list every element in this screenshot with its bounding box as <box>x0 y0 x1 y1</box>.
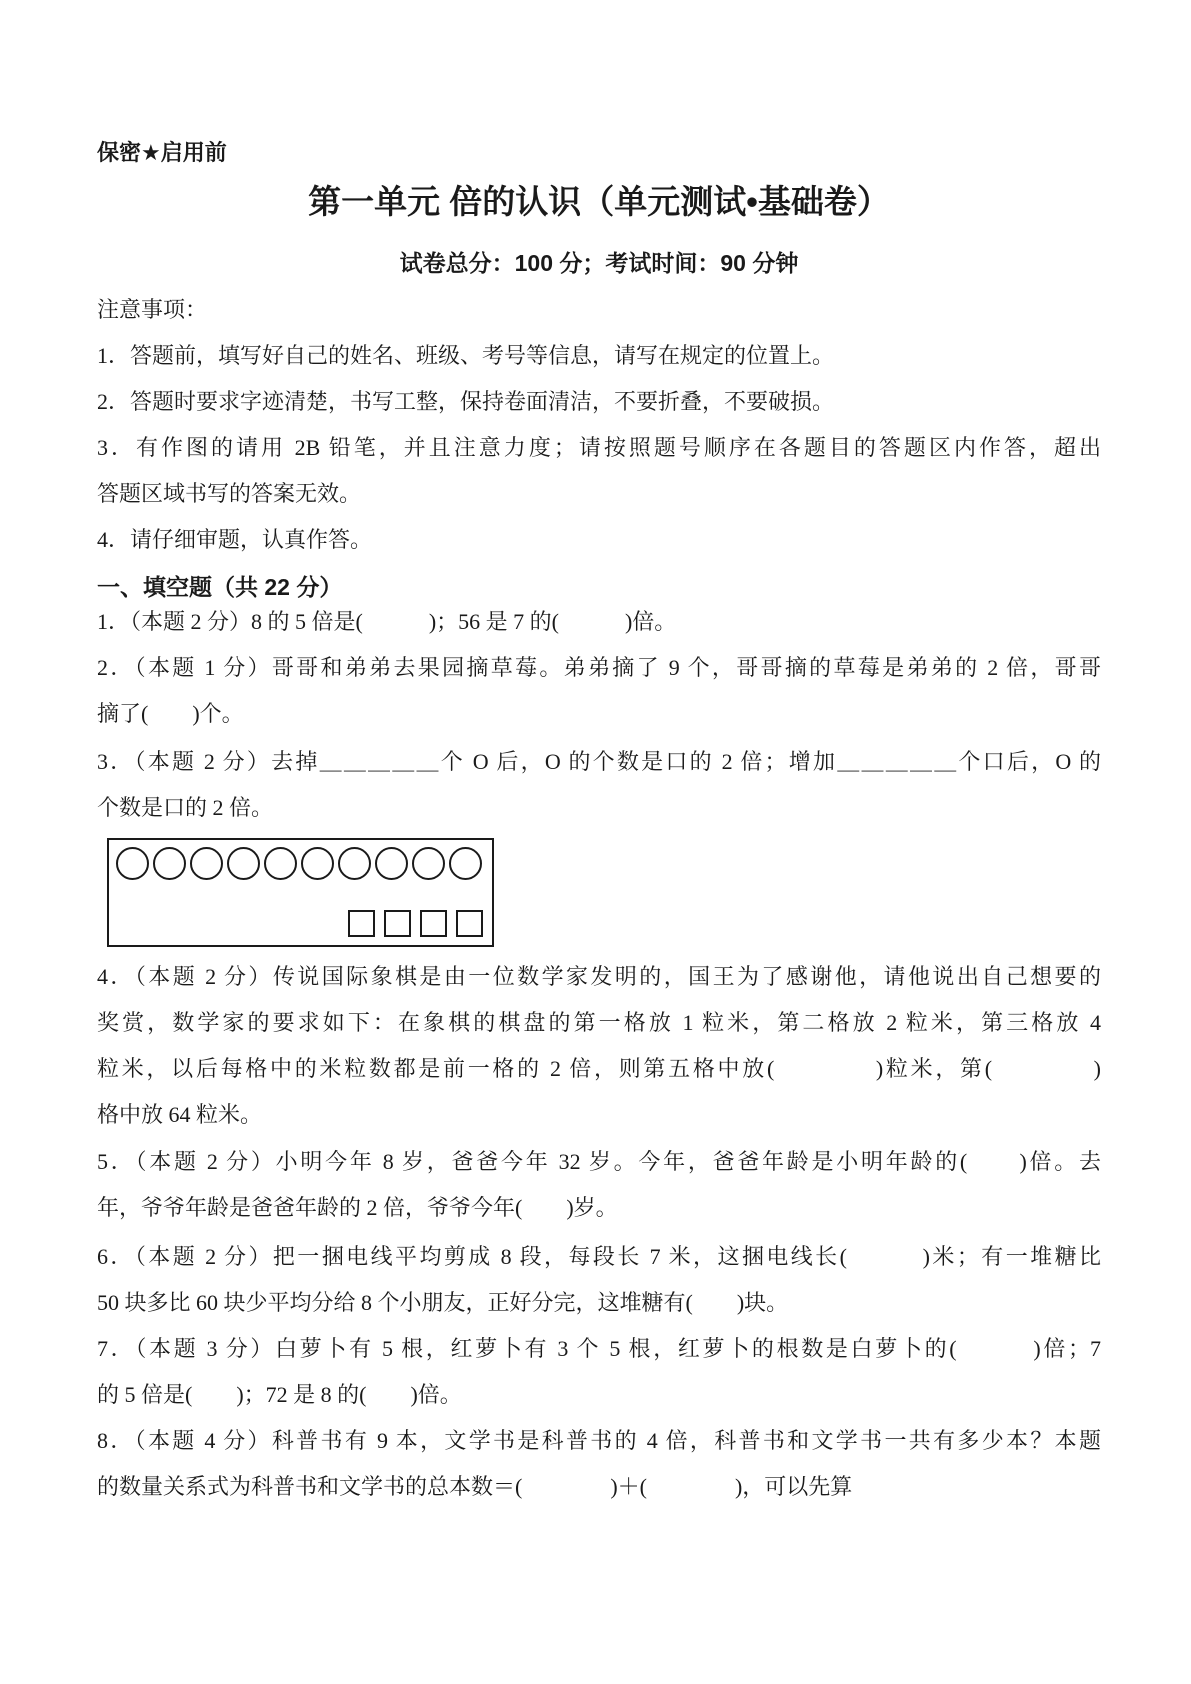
question-3: 3．（本题 2 分）去掉＿＿＿＿＿个 O 后，O 的个数是口的 2 倍；增加＿＿… <box>97 739 1101 831</box>
question-1-line-1: 1．（本题 2 分）8 的 5 倍是( )；56 是 7 的( )倍。 <box>97 599 1101 645</box>
question-4-line-2: 奖赏，数学家的要求如下：在象棋的棋盘的第一格放 1 粒米，第二格放 2 粒米，第… <box>97 1000 1101 1046</box>
circle-shape <box>375 847 408 880</box>
notice-item-4: 4．请仔细审题，认真作答。 <box>97 517 1101 563</box>
question-3-line-2: 个数是口的 2 倍。 <box>97 785 1101 831</box>
question-7: 7．（本题 3 分）白萝卜有 5 根，红萝卜有 3 个 5 根，红萝卜的根数是白… <box>97 1326 1101 1418</box>
circle-shape <box>264 847 297 880</box>
circle-shape <box>338 847 371 880</box>
notice-item-3-line-2: 答题区域书写的答案无效。 <box>97 471 1101 517</box>
question-6: 6．（本题 2 分）把一捆电线平均剪成 8 段，每段长 7 米，这捆电线长( )… <box>97 1234 1101 1326</box>
notice-item-1: 1．答题前，填写好自己的姓名、班级、考号等信息，请写在规定的位置上。 <box>97 333 1101 379</box>
question-7-line-1: 7．（本题 3 分）白萝卜有 5 根，红萝卜有 3 个 5 根，红萝卜的根数是白… <box>97 1326 1101 1372</box>
question-5: 5．（本题 2 分）小明今年 8 岁，爸爸今年 32 岁。今年，爸爸年龄是小明年… <box>97 1139 1101 1231</box>
question-5-line-2: 年，爷爷年龄是爸爸年龄的 2 倍，爷爷今年( )岁。 <box>97 1185 1101 1231</box>
square-shape <box>384 910 411 937</box>
circle-shape <box>412 847 445 880</box>
question-4: 4．（本题 2 分）传说国际象棋是由一位数学家发明的，国王为了感谢他，请他说出自… <box>97 954 1101 1138</box>
square-row <box>348 910 483 937</box>
notice-item-3-line-1: 3．有作图的请用 2B 铅笔，并且注意力度；请按照题号顺序在各题目的答题区内作答… <box>97 425 1101 471</box>
circle-shape <box>153 847 186 880</box>
circle-shape <box>227 847 260 880</box>
notice-item-2: 2．答题时要求字迹清楚，书写工整，保持卷面清洁，不要折叠，不要破损。 <box>97 379 1101 425</box>
circle-shape <box>449 847 482 880</box>
exam-paper-page: 保密★启用前 第一单元 倍的认识（单元测试•基础卷） 试卷总分：100 分；考试… <box>0 0 1191 1684</box>
circle-shape <box>190 847 223 880</box>
question-4-line-4: 格中放 64 粒米。 <box>97 1092 1101 1138</box>
question-8-line-2: 的数量关系式为科普书和文学书的总本数＝( )＋( )，可以先算 <box>97 1464 1101 1510</box>
question-7-line-2: 的 5 倍是( )；72 是 8 的( )倍。 <box>97 1372 1101 1418</box>
circle-shape <box>116 847 149 880</box>
page-subtitle: 试卷总分：100 分；考试时间：90 分钟 <box>97 248 1101 278</box>
notice-heading: 注意事项： <box>97 287 1101 333</box>
question-6-line-1: 6．（本题 2 分）把一捆电线平均剪成 8 段，每段长 7 米，这捆电线长( )… <box>97 1234 1101 1280</box>
square-shape <box>348 910 375 937</box>
question-2-line-2: 摘了( )个。 <box>97 691 1101 737</box>
question-5-line-1: 5．（本题 2 分）小明今年 8 岁，爸爸今年 32 岁。今年，爸爸年龄是小明年… <box>97 1139 1101 1185</box>
question-3-line-1: 3．（本题 2 分）去掉＿＿＿＿＿个 O 后，O 的个数是口的 2 倍；增加＿＿… <box>97 739 1101 785</box>
question-2-line-1: 2．（本题 1 分）哥哥和弟弟去果园摘草莓。弟弟摘了 9 个，哥哥摘的草莓是弟弟… <box>97 645 1101 691</box>
question-2: 2．（本题 1 分）哥哥和弟弟去果园摘草莓。弟弟摘了 9 个，哥哥摘的草莓是弟弟… <box>97 645 1101 737</box>
question-4-line-1: 4．（本题 2 分）传说国际象棋是由一位数学家发明的，国王为了感谢他，请他说出自… <box>97 954 1101 1000</box>
square-shape <box>420 910 447 937</box>
section-heading-fill-in-blanks: 一、填空题（共 22 分） <box>97 575 1101 599</box>
notice-list: 1．答题前，填写好自己的姓名、班级、考号等信息，请写在规定的位置上。 2．答题时… <box>97 333 1101 563</box>
figure-circles-and-squares <box>107 838 494 947</box>
question-8-line-1: 8．（本题 4 分）科普书有 9 本，文学书是科普书的 4 倍，科普书和文学书一… <box>97 1418 1101 1464</box>
question-1: 1．（本题 2 分）8 的 5 倍是( )；56 是 7 的( )倍。 <box>97 599 1101 645</box>
security-label: 保密★启用前 <box>97 140 1101 166</box>
question-8: 8．（本题 4 分）科普书有 9 本，文学书是科普书的 4 倍，科普书和文学书一… <box>97 1418 1101 1510</box>
circle-shape <box>301 847 334 880</box>
page-title: 第一单元 倍的认识（单元测试•基础卷） <box>97 182 1101 222</box>
circle-row <box>116 847 482 880</box>
question-4-line-3: 粒米，以后每格中的米粒数都是前一格的 2 倍，则第五格中放( )粒米，第( ) <box>97 1046 1101 1092</box>
square-shape <box>456 910 483 937</box>
question-6-line-2: 50 块多比 60 块少平均分给 8 个小朋友，正好分完，这堆糖有( )块。 <box>97 1280 1101 1326</box>
